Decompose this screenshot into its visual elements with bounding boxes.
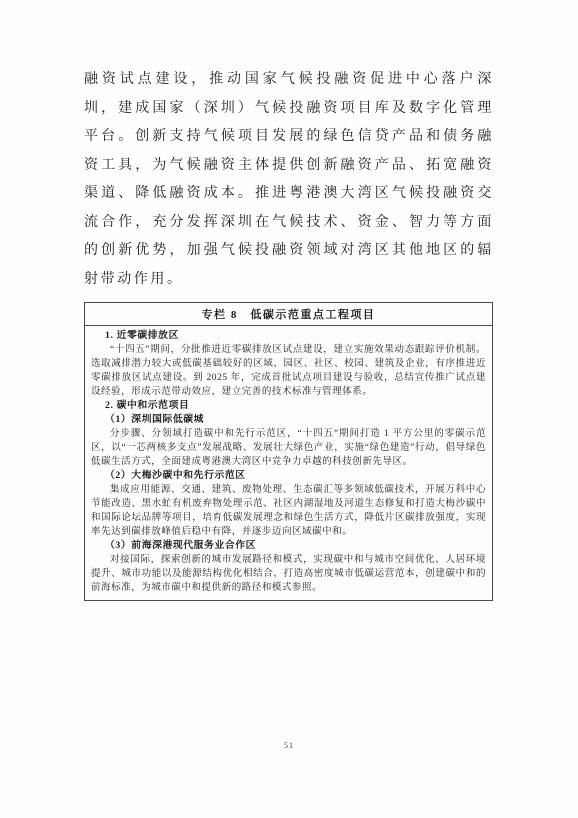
page-number: 51	[0, 741, 578, 750]
document-page: 融资试点建设，推动国家气候投融资促进中心落户深圳，建成国家（深圳）气候投融资项目…	[0, 0, 578, 818]
section-heading-shenzhen-low-carbon-city: （1）深圳国际低碳城	[91, 413, 486, 427]
section-heading-dameisha-zone: （2）大梅沙碳中和先行示范区	[91, 469, 486, 483]
section-paragraph: 对接国际，探索创新的城市发展路径和模式，实现碳中和与城市空间优化、人居环境提升、…	[91, 553, 486, 595]
box-body: 1. 近零碳排放区 “十四五”期间，分批推进近零碳排放区试点建设，建立实施效果动…	[85, 326, 492, 600]
section-heading-qianhai-cooperation-zone: （3）前海深港现代服务业合作区	[91, 539, 486, 553]
body-paragraph: 融资试点建设，推动国家气候投融资促进中心落户深圳，建成国家（深圳）气候投融资项目…	[84, 66, 494, 294]
section-paragraph: 分步骤、分领域打造碳中和先行示范区，“十四五”期间打造 1 平方公里的零碳示范区…	[91, 427, 486, 469]
section-heading-carbon-neutral-demos: 2. 碳中和示范项目	[91, 399, 486, 413]
box-title: 专栏 8 低碳示范重点工程项目	[85, 303, 492, 326]
section-paragraph: “十四五”期间，分批推进近零碳排放区试点建设，建立实施效果动态跟踪评价机制。选取…	[91, 343, 486, 399]
section-paragraph: 集成应用能源、交通、建筑、废物处理、生态碳汇等多领域低碳技术，开展万科中心节能改…	[91, 483, 486, 539]
column-8-box: 专栏 8 低碳示范重点工程项目 1. 近零碳排放区 “十四五”期间，分批推进近零…	[84, 302, 493, 601]
section-heading-near-zero-carbon: 1. 近零碳排放区	[91, 329, 486, 343]
